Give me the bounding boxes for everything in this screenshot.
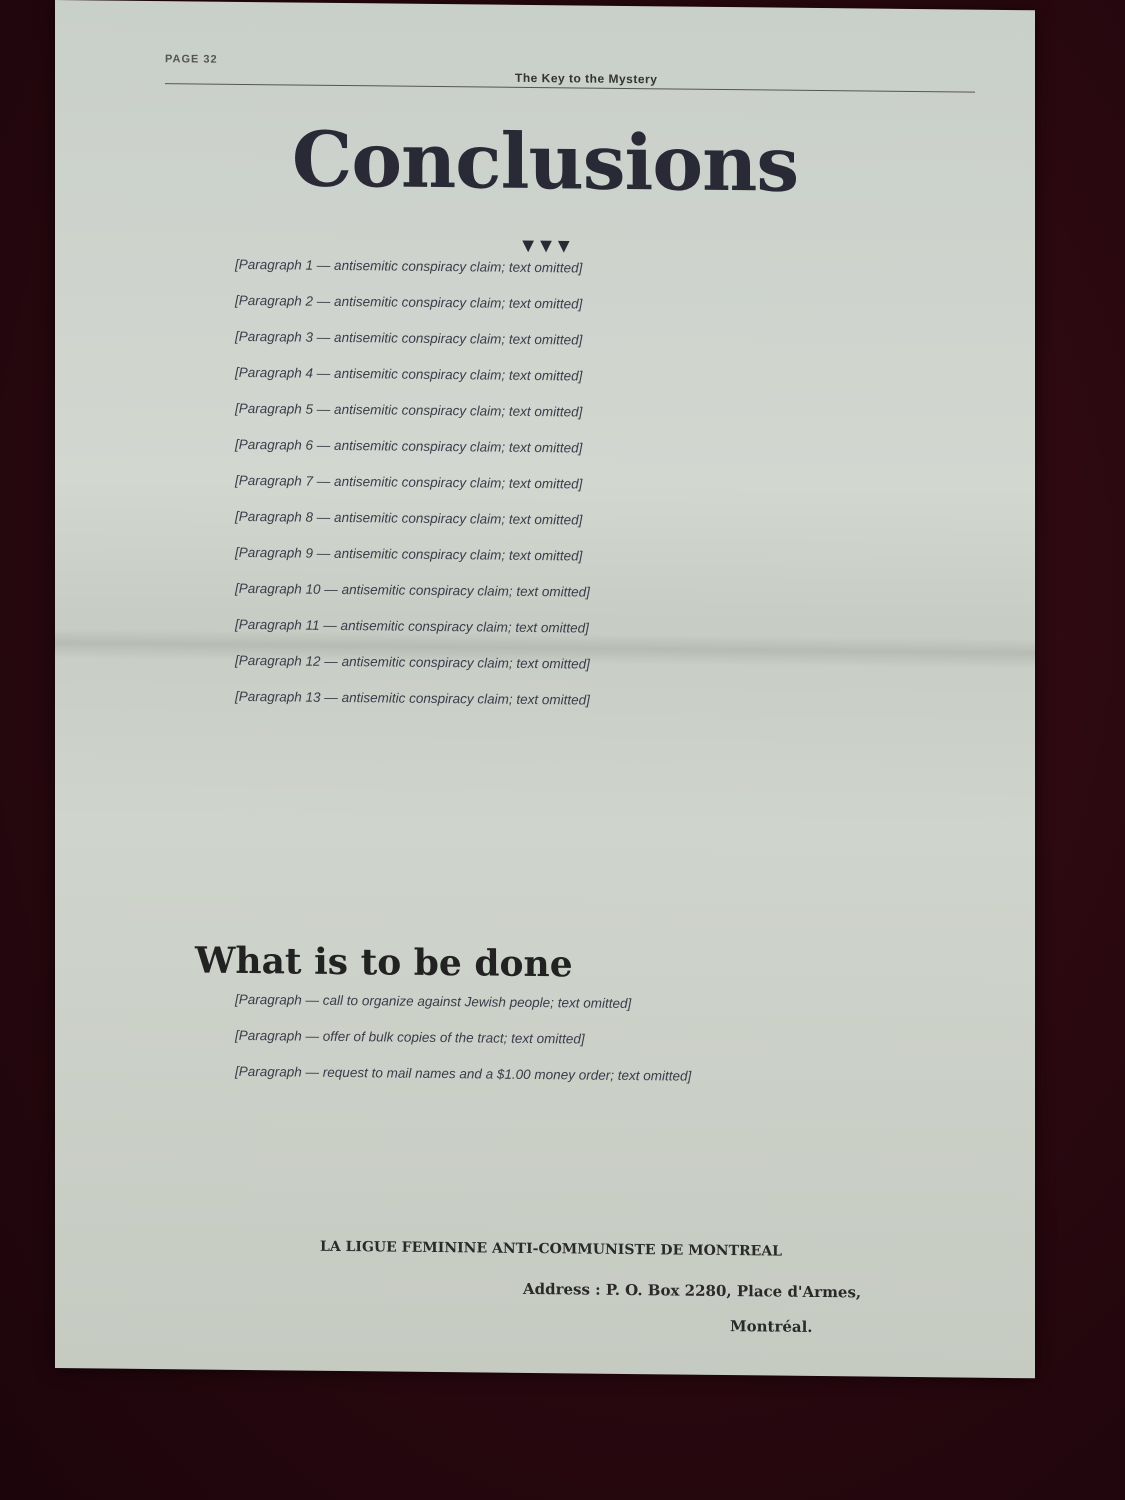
paragraph: [Paragraph 9 — antisemitic conspiracy cl… — [195, 544, 915, 568]
running-title: The Key to the Mystery — [515, 71, 657, 86]
paragraph: [Paragraph 2 — antisemitic conspiracy cl… — [195, 292, 915, 316]
paragraph: [Paragraph 12 — antisemitic conspiracy c… — [195, 652, 915, 676]
paragraph: [Paragraph 10 — antisemitic conspiracy c… — [195, 580, 915, 604]
paragraph: [Paragraph 4 — antisemitic conspiracy cl… — [195, 364, 915, 388]
paragraph: [Paragraph — offer of bulk copies of the… — [195, 1027, 915, 1051]
document-page: PAGE 32 The Key to the Mystery Conclusio… — [55, 0, 1035, 1378]
publisher-city: Montréal. — [730, 1317, 813, 1336]
page-number: PAGE 32 — [165, 53, 218, 66]
paragraph: [Paragraph 7 — antisemitic conspiracy cl… — [195, 472, 915, 496]
paragraph: [Paragraph 13 — antisemitic conspiracy c… — [195, 688, 915, 712]
paragraph: [Paragraph 3 — antisemitic conspiracy cl… — [195, 328, 915, 352]
section-heading: What is to be done — [195, 939, 573, 985]
paragraph: [Paragraph 11 — antisemitic conspiracy c… — [195, 616, 915, 640]
paragraph: [Paragraph 5 — antisemitic conspiracy cl… — [195, 400, 915, 424]
conclusions-body: [Paragraph 1 — antisemitic conspiracy cl… — [195, 256, 915, 732]
paragraph: [Paragraph 6 — antisemitic conspiracy cl… — [195, 436, 915, 460]
publisher-address: Address : P. O. Box 2280, Place d'Armes, — [523, 1280, 861, 1302]
page-title: Conclusions — [55, 112, 1035, 211]
publisher-name: LA LIGUE FEMININE ANTI-COMMUNISTE DE MON… — [320, 1239, 782, 1260]
paragraph: [Paragraph 8 — antisemitic conspiracy cl… — [195, 508, 915, 532]
paragraph: [Paragraph — call to organize against Je… — [195, 991, 915, 1015]
paragraph: [Paragraph — request to mail names and a… — [195, 1063, 915, 1087]
action-body: [Paragraph — call to organize against Je… — [195, 991, 915, 1107]
page-header: PAGE 32 The Key to the Mystery — [165, 51, 1035, 100]
